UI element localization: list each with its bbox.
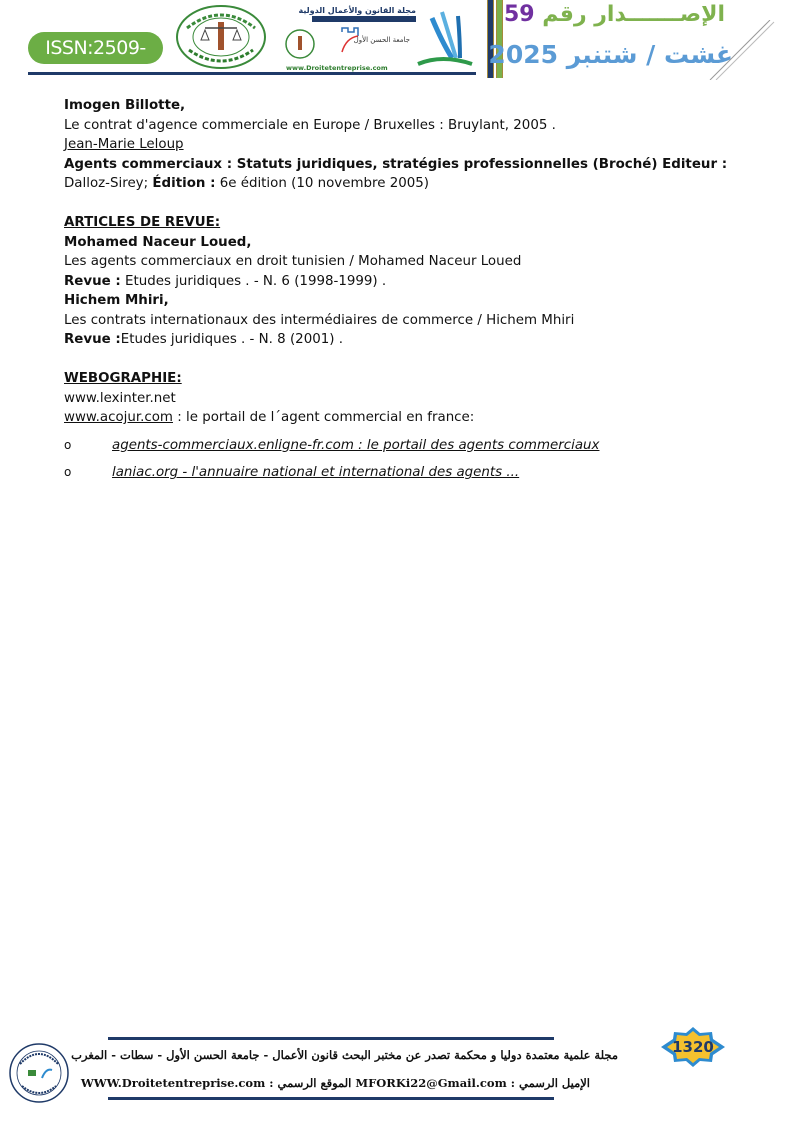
web-entry: www.acojur.com : le portail de l´agent c… [64, 408, 744, 428]
page-number: 1320 [660, 1026, 726, 1068]
article-author: Hichem Mhiri, [64, 291, 744, 311]
journal-logo-icon: مجلة القانون والأعمال الدولية جامعة الحس… [282, 2, 477, 74]
revue-label: Revue : [64, 332, 121, 347]
article-revue: Revue :Etudes juridiques . - N. 8 (2001)… [64, 330, 744, 350]
revue-value: Etudes juridiques . - N. 8 (2001) . [121, 332, 343, 347]
decorative-diagonal-icon [700, 20, 780, 80]
list-item: o agents-commerciaux.enligne-fr.com : le… [64, 436, 744, 456]
director-seal-icon [8, 1042, 70, 1104]
acojur-link[interactable]: www.acojur.com [64, 410, 173, 425]
edition-label: Édition : [152, 176, 215, 191]
book-reference: Le contrat d'agence commerciale en Europ… [64, 116, 744, 136]
footer-rule-bottom [108, 1097, 554, 1100]
agents-commerciaux-link[interactable]: agents-commerciaux.enligne-fr.com : le p… [112, 436, 599, 456]
webography-heading: WEBOGRAPHIE: [64, 369, 744, 389]
svg-text:جامعة الحسن الأول: جامعة الحسن الأول [354, 35, 410, 44]
laniac-link[interactable]: laniac.org - l'annuaire national et inte… [112, 463, 519, 483]
book-publisher: Dalloz-Sirey; [64, 176, 152, 191]
book-reference-2: Agents commerciaux : Statuts juridiques,… [64, 155, 744, 194]
edition-value: 6e édition (10 novembre 2005) [215, 176, 429, 191]
revue-label: Revue : [64, 274, 121, 289]
header-rule [28, 72, 476, 75]
list-item: o laniac.org - l'annuaire national et in… [64, 463, 744, 483]
bullet-circle-icon: o [64, 436, 112, 456]
page-number-badge: 1320 [660, 1026, 726, 1068]
issue-label: الإصـــــــدار رقم [542, 2, 725, 27]
web-entry: www.lexinter.net [64, 389, 744, 409]
article-title: Les agents commerciaux en droit tunisien… [64, 252, 744, 272]
book-author: Imogen Billotte, [64, 96, 744, 116]
bullet-circle-icon: o [64, 463, 112, 483]
issue-number-label: الإصـــــــدار رقم 59 [515, 2, 725, 27]
issue-number: 59 [504, 2, 535, 27]
articles-heading: ARTICLES DE REVUE: [64, 213, 744, 233]
article-title: Les contrats internationaux des interméd… [64, 311, 744, 331]
footer-rule-top [108, 1037, 554, 1040]
web-entry-text: : le portail de l´agent commercial en fr… [173, 410, 474, 425]
book-title: Agents commerciaux : Statuts juridiques,… [64, 157, 727, 172]
bibliography: Imogen Billotte, Le contrat d'agence com… [64, 96, 744, 489]
svg-text:مجلة القانون والأعمال الدولية: مجلة القانون والأعمال الدولية [299, 5, 417, 15]
revue-value: Etudes juridiques . - N. 6 (1998-1999) . [121, 274, 386, 289]
article-revue: Revue : Etudes juridiques . - N. 6 (1998… [64, 272, 744, 292]
svg-text:www.Droitetentreprise.com: www.Droitetentreprise.com [286, 64, 388, 72]
footer-journal-description: مجلة علمية معتمدة دوليا و محكمة تصدر عن … [108, 1048, 618, 1062]
author-link[interactable]: Jean-Marie Leloup [64, 137, 184, 152]
lab-logo-icon [175, 4, 267, 70]
article-author: Mohamed Naceur Loued, [64, 233, 744, 253]
issn-badge: ISSN:2509-0291 [28, 32, 163, 64]
footer-contact: الإميل الرسمي : MFORKi22@Gmail.com الموق… [130, 1076, 590, 1090]
